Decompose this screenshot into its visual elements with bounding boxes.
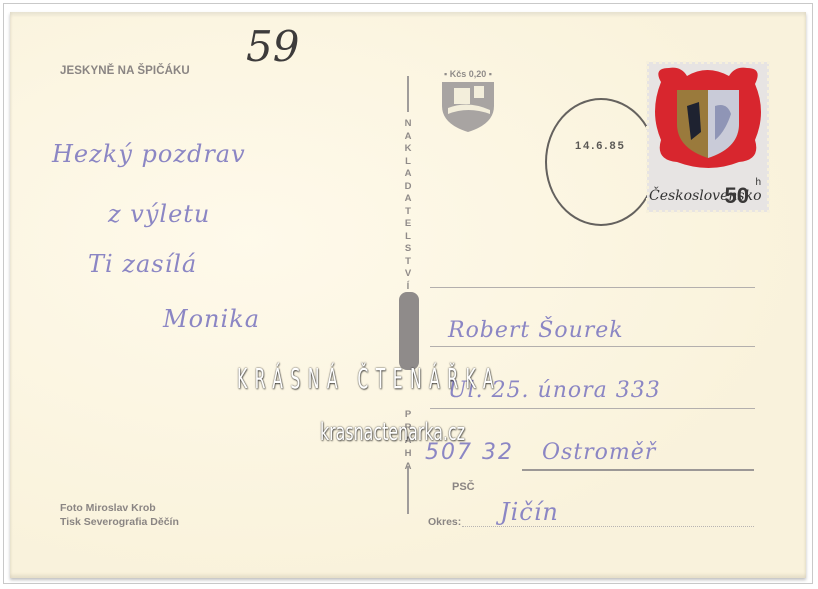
publisher-vertical-text: NAKLADATELSTVÍ (401, 118, 415, 293)
postage-stamp: Československo h 50 (647, 62, 769, 212)
okres-dotted-line (462, 526, 754, 527)
tourism-logo-icon: ▪ Kčs 0,20 ▪ (432, 68, 504, 134)
stamp-unit: h (755, 177, 761, 188)
postcard-title: JESKYNĚ NA ŠPIČÁKU (60, 65, 190, 77)
address-name: Robert Šourek (448, 318, 624, 343)
svg-text:▪ Kčs 0,20 ▪: ▪ Kčs 0,20 ▪ (444, 69, 492, 79)
psc-label: PSČ (452, 481, 475, 493)
message-signature: Monika (163, 305, 260, 333)
divider-bottom (407, 466, 409, 514)
address-line-1 (430, 287, 755, 288)
watermark-url[interactable]: krasnactenarka.cz (320, 418, 465, 446)
photo-credits: Foto Miroslav Krob Tisk Severografia Děč… (60, 501, 179, 529)
town-line (522, 469, 754, 471)
postmark-date: 14.6.85 (575, 140, 626, 152)
pressfoto-logo (399, 292, 419, 370)
handwritten-number: 59 (246, 22, 299, 71)
address-line-2 (430, 346, 755, 347)
watermark-title: KRÁSNÁ ČTENÁŘKA (237, 362, 454, 395)
coat-of-arms-icon (647, 62, 769, 172)
stamp-value: 50 (725, 183, 749, 209)
address-town: Ostroměř (542, 440, 656, 465)
credit-print: Tisk Severografia Děčín (60, 515, 179, 529)
message-line-2: z výletu (108, 200, 210, 228)
address-okres: Jičín (500, 498, 559, 526)
address-line-3 (430, 408, 755, 409)
credit-photo: Foto Miroslav Krob (60, 501, 179, 515)
message-line-3: Ti zasílá (88, 250, 197, 278)
divider-top (407, 76, 409, 112)
message-line-1: Hezký pozdrav (52, 140, 246, 168)
okres-label: Okres: (428, 516, 461, 528)
postmark: 14.6.85 (545, 98, 657, 226)
